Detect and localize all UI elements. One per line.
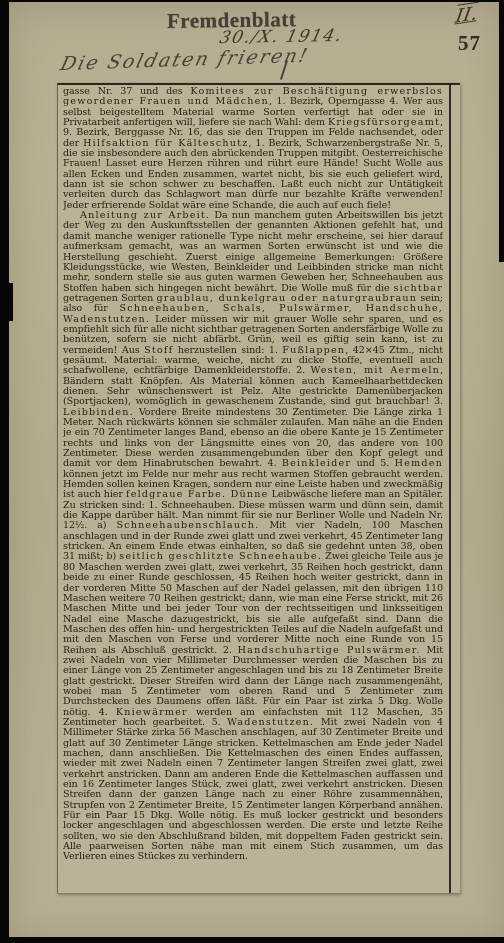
emphasized-text: sichtbar (394, 283, 443, 294)
clipping-paragraph: Anleitung zur Arbeit. Da nun manchem gut… (63, 211, 443, 863)
body-text: , 1. Bezirk, Schwarzenbergstraße Nr. 5, … (63, 138, 443, 211)
body-text: getragenen Sorten (63, 293, 156, 304)
emphasized-text: Kniewärmer (116, 707, 188, 718)
emphasized-text: Stoff (144, 345, 173, 356)
column-rule (449, 85, 451, 893)
body-text: Zwei gleiche Teile aus je 80 Maschen wer… (63, 551, 443, 655)
emphasized-text: Hemden (395, 458, 443, 469)
body-text: Mit zwei Nadeln von 4 Millimeter Stärke … (63, 717, 443, 862)
clipping-paragraph: gasse Nr. 37 und des Komitees zur Beschä… (63, 87, 443, 211)
scanned-page: Fremdenblatt 30./X. 1914. II. 57 Die Sol… (0, 0, 504, 943)
body-text: und 5. (351, 458, 395, 469)
emphasized-text: Beinkleider (282, 458, 351, 469)
emphasized-text: seitlich geschlitzte Schneehaube. (119, 551, 322, 562)
scan-edge-notch (9, 283, 13, 321)
emphasized-text: graublau, dunkelgrau oder naturgraubraun (156, 293, 417, 304)
body-text: herzustellen sind: 1. (173, 345, 282, 356)
emphasized-text: Wadenstutzen. (227, 717, 314, 728)
emphasized-text: Schneehaubenschlauch. (116, 520, 259, 531)
folio-number: 57 (458, 31, 481, 56)
emphasized-text: Handschuhartige Pulswärmer. (238, 645, 421, 656)
emphasized-text: Kriegsfürsorgeamt (328, 117, 440, 128)
scan-edge-shadow (499, 0, 504, 262)
emphasized-text: Hilfsaktion für Kälteschutz (83, 138, 248, 149)
body-text: Da nun manchem guten Arbeitswillen bis j… (63, 210, 443, 293)
emphasized-text: Anleitung zur Arbeit. (80, 210, 210, 221)
news-clipping: gasse Nr. 37 und des Komitees zur Beschä… (57, 83, 460, 894)
emphasized-text: Fußlappen (282, 345, 345, 356)
clipping-text-column: gasse Nr. 37 und des Komitees zur Beschä… (63, 87, 443, 892)
emphasized-text: Leibbinden. (63, 407, 134, 418)
emphasized-text: feldgraue Farbe. Dünne (126, 489, 269, 500)
emphasized-text: Westen, mit Aermeln (311, 365, 441, 376)
